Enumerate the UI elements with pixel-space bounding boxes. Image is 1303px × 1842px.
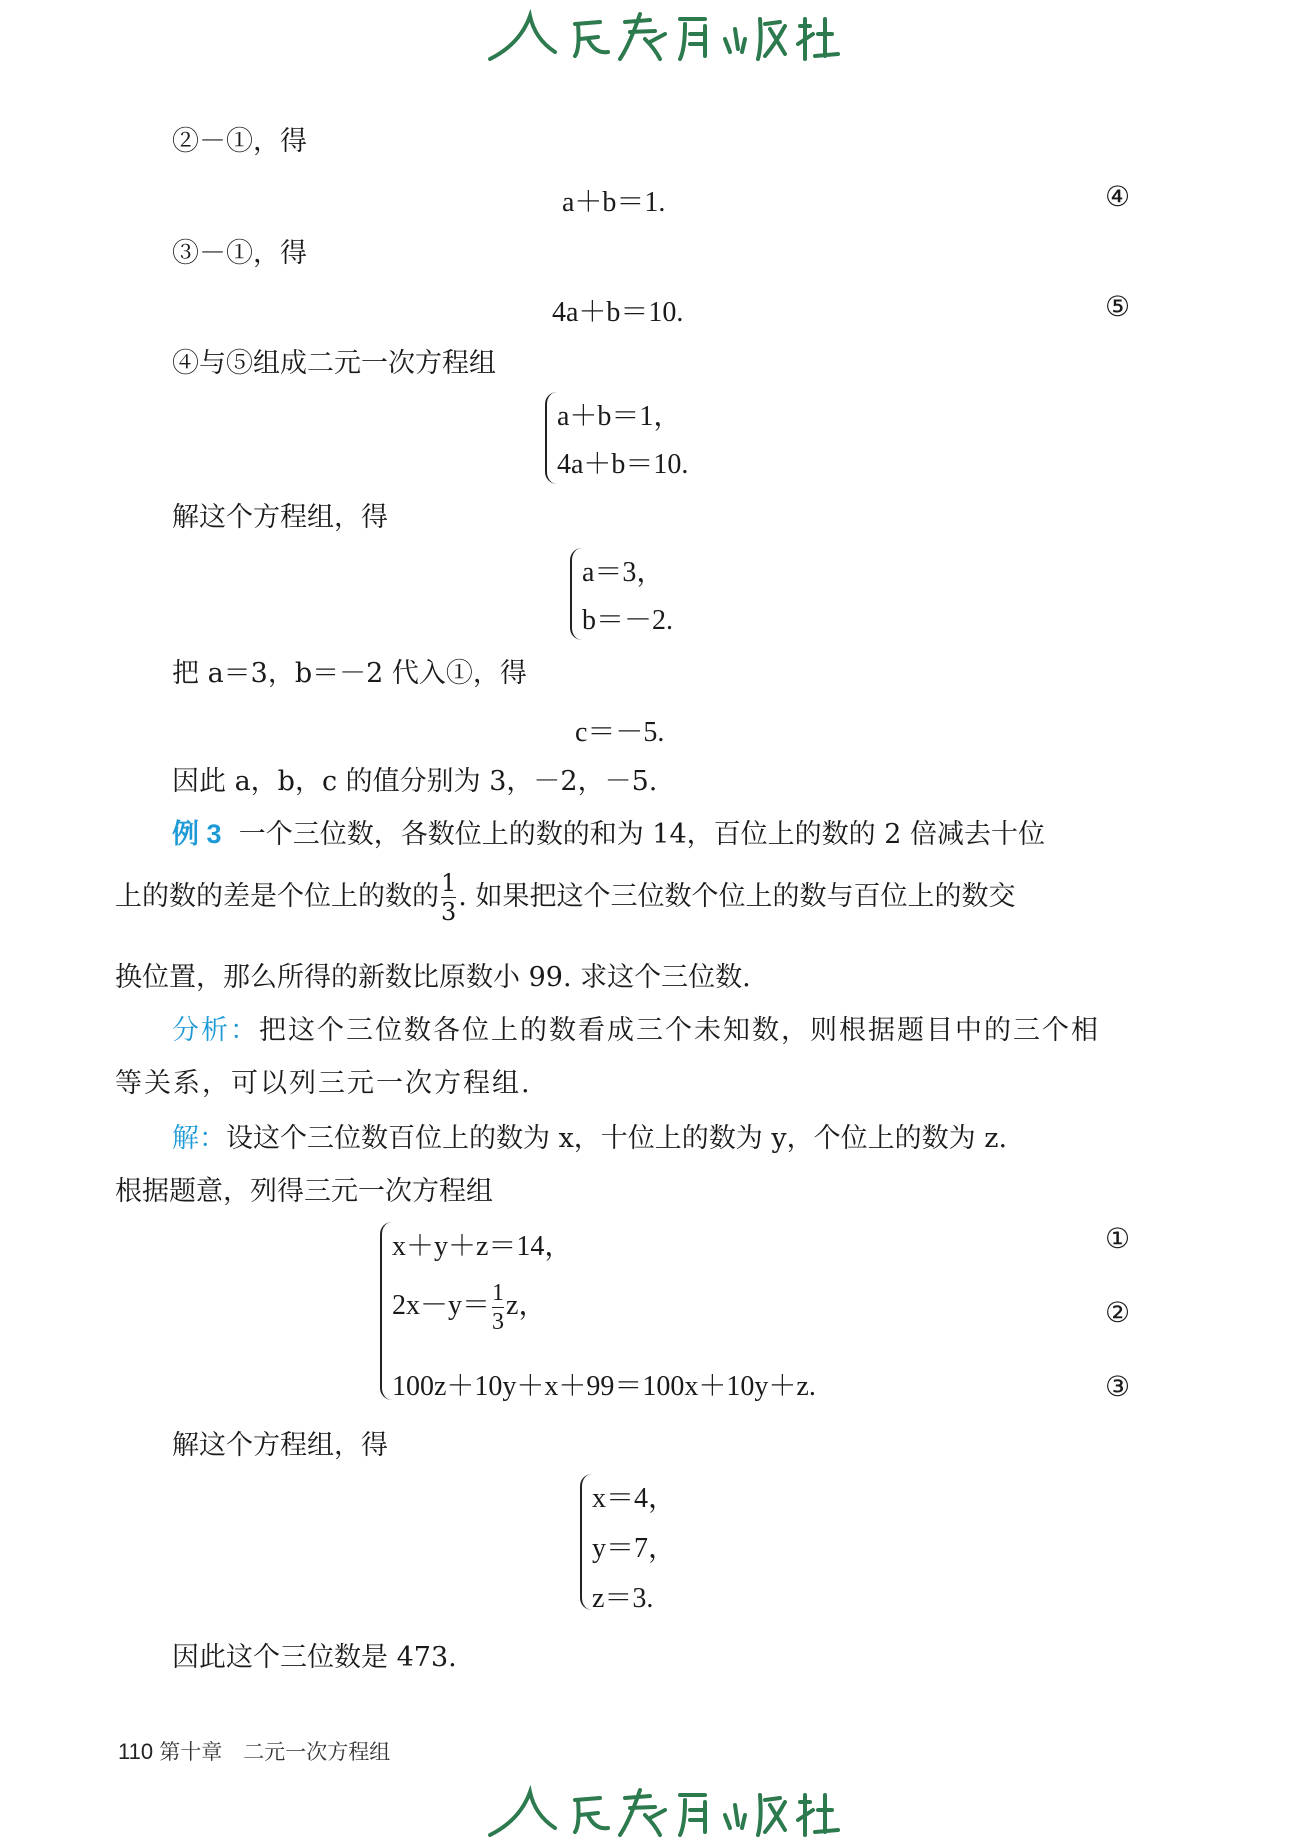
analysis-line-1: 分析：把这个三位数各位上的数看成三个未知数，则根据题目中的三个相	[172, 1012, 1100, 1049]
publisher-logo-icon	[480, 1780, 840, 1842]
values-conclusion: 因此 a，b，c 的值分别为 3，－2，－5.	[172, 764, 657, 800]
fraction-one-third: 13	[492, 1280, 504, 1335]
step-text-3-minus-1: ③－①，得	[172, 236, 307, 272]
fraction-numerator: 1	[441, 870, 456, 896]
substitute-text: 把 a＝3，b＝－2 代入①，得	[172, 656, 527, 692]
system4-line-2: y＝7，	[592, 1526, 676, 1566]
analysis-label: 分析：	[172, 1015, 259, 1045]
fraction-numerator: 1	[492, 1280, 504, 1306]
example-text-2b: . 如果把这个三位数个位上的数与百位上的数交	[458, 881, 1015, 912]
combine-text: ④与⑤组成二元一次方程组	[172, 346, 496, 382]
publisher-logo-icon	[480, 4, 840, 74]
page-footer: 110 第十章 二元一次方程组	[118, 1736, 390, 1766]
system1-line-1: a＋b＝1，	[557, 394, 681, 434]
solve-text-2: 解这个方程组，得	[172, 1428, 388, 1464]
equation-system-4: x＝4， y＝7， z＝3.	[580, 1474, 760, 1619]
equation-c: c＝－5.	[575, 710, 664, 750]
left-brace	[545, 392, 557, 484]
final-conclusion: 因此这个三位数是 473.	[172, 1640, 457, 1676]
system3-line-2: 2x－y＝13z，	[392, 1280, 546, 1335]
left-brace	[380, 1222, 392, 1400]
chapter-title: 第十章 二元一次方程组	[159, 1740, 390, 1764]
publisher-logo-top	[480, 4, 840, 74]
publisher-logo-bottom	[480, 1780, 840, 1842]
example-label: 例 3	[172, 819, 222, 849]
solve-text: 解这个方程组，得	[172, 500, 388, 536]
page-number: 110	[118, 1739, 153, 1764]
left-brace	[570, 548, 582, 640]
solution-text-2: 根据题意，列得三元一次方程组	[115, 1174, 493, 1210]
fraction-denominator: 3	[441, 899, 456, 925]
system2-line-1: a＝3，	[582, 550, 664, 590]
fraction-one-third: 13	[441, 870, 456, 925]
example-3-line-1: 例 3 一个三位数，各数位上的数的和为 14，百位上的数的 2 倍减去十位	[172, 816, 1045, 853]
system3-line-2b: z，	[506, 1290, 546, 1321]
analysis-text-2: 等关系，可以列三元一次方程组.	[115, 1066, 532, 1102]
system3-line-3: 100z＋10y＋x＋99＝100x＋10y＋z.	[392, 1364, 816, 1404]
system4-line-3: z＝3.	[592, 1576, 653, 1616]
equation-system-2: a＝3， b＝－2.	[570, 548, 770, 648]
fraction-denominator: 3	[492, 1309, 504, 1335]
system4-line-1: x＝4，	[592, 1476, 676, 1516]
equation-system-3: x＋y＋z＝14， 2x－y＝13z， 100z＋10y＋x＋99＝100x＋1…	[380, 1222, 940, 1407]
equation-tag-4: ④	[1105, 180, 1130, 214]
analysis-text-1: 把这个三位数各位上的数看成三个未知数，则根据题目中的三个相	[259, 1015, 1100, 1046]
example-3-line-2: 上的数的差是个位上的数的13. 如果把这个三位数个位上的数与百位上的数交	[115, 870, 1015, 925]
equation-5: 4a＋b＝10.	[552, 290, 683, 330]
equation-tag-3: ③	[1105, 1370, 1130, 1404]
equation-tag-1: ①	[1105, 1222, 1130, 1256]
solution-text-1: 设这个三位数百位上的数为 x，十位上的数为 y，个位上的数为 z.	[226, 1123, 1007, 1154]
left-brace	[580, 1474, 592, 1610]
equation-4: a＋b＝1.	[562, 180, 665, 220]
equation-tag-5: ⑤	[1105, 290, 1130, 324]
equation-system-1: a＋b＝1， 4a＋b＝10.	[545, 392, 785, 492]
example-text-1: 一个三位数，各数位上的数的和为 14，百位上的数的 2 倍减去十位	[239, 819, 1045, 850]
system1-line-2: 4a＋b＝10.	[557, 442, 688, 482]
example-text-3: 换位置，那么所得的新数比原数小 99. 求这个三位数.	[115, 960, 751, 996]
system3-line-1: x＋y＋z＝14，	[392, 1224, 572, 1264]
solution-label: 解：	[172, 1123, 226, 1153]
example-text-2a: 上的数的差是个位上的数的	[115, 881, 439, 912]
equation-tag-2: ②	[1105, 1296, 1130, 1330]
step-text-2-minus-1: ②－①，得	[172, 124, 307, 160]
system2-line-2: b＝－2.	[582, 598, 673, 638]
system3-line-2a: 2x－y＝	[392, 1290, 490, 1321]
solution-line-1: 解：设这个三位数百位上的数为 x，十位上的数为 y，个位上的数为 z.	[172, 1120, 1007, 1157]
